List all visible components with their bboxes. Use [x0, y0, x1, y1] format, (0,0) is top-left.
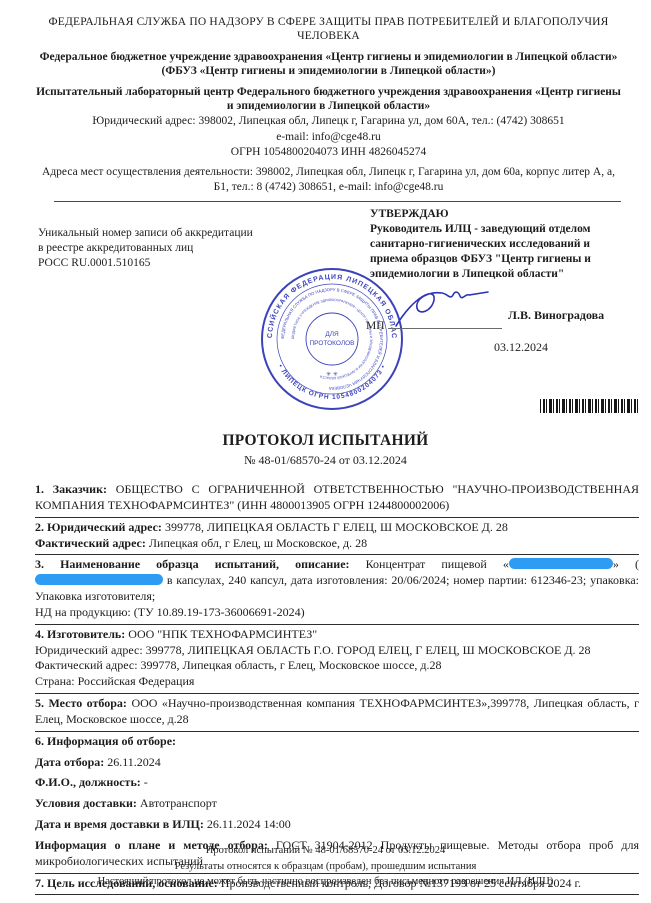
federal-service-name: ФЕДЕРАЛЬНАЯ СЛУЖБА ПО НАДЗОРУ В СФЕРЕ ЗА…: [34, 15, 623, 44]
mp-label: МП: [366, 320, 385, 332]
section-label: 4. Изготовитель:: [35, 627, 125, 641]
section-manufacturer: 4. Изготовитель: ООО "НПК ТЕХНОФАРМСИНТЕ…: [35, 625, 639, 694]
section-text: ООО "НПК ТЕХНОФАРМСИНТЕЗ": [128, 627, 317, 641]
page-footer: Протокол испытаний № 48-01/68570-24 от 0…: [0, 843, 651, 889]
stamp-center-line2: ПРОТОКОЛОВ: [309, 340, 354, 347]
section-text: Страна: Российская Федерация: [35, 674, 639, 690]
section-label: 3. Наименование образца испытаний, описа…: [35, 557, 350, 571]
footer-line: Протокол испытаний № 48-01/68570-24 от 0…: [0, 843, 651, 858]
protocol-title: ПРОТОКОЛ ИСПЫТАНИЙ: [0, 432, 651, 450]
nd-line: НД на продукцию: (ТУ 10.89.19-173-360066…: [35, 605, 639, 621]
section-label: 2. Юридический адрес:: [35, 520, 162, 534]
signer-name: Л.В. Виноградова: [508, 308, 604, 323]
protocol-document: ФЕДЕРАЛЬНАЯ СЛУЖБА ПО НАДЗОРУ В СФЕРЕ ЗА…: [0, 0, 651, 903]
field-label: Дата и время доставки в ИЛЦ:: [35, 817, 204, 831]
approval-title: УТВЕРЖДАЮ: [370, 207, 642, 222]
field-label: Дата отбора:: [35, 755, 104, 769]
accreditation-line: в реестре аккредитованных лиц: [38, 241, 253, 256]
barcode: [540, 399, 639, 413]
field-label: Ф.И.О., должность:: [35, 775, 141, 789]
approval-role-line: Руководитель ИЛЦ - заведующий отделом: [370, 222, 642, 237]
section-text: » (: [613, 557, 639, 571]
legal-address: Юридический адрес: 398002, Липецкая обл,…: [34, 114, 623, 128]
field-value: 26.11.2024: [107, 755, 161, 769]
protocol-number: № 48-01/68570-24 от 03.12.2024: [0, 453, 651, 468]
accreditation-number: РОСС RU.0001.510165: [38, 256, 253, 271]
email-line: e-mail: info@cge48.ru: [34, 130, 623, 144]
section-text: 399778, ЛИПЕЦКАЯ ОБЛАСТЬ Г ЕЛЕЦ, Ш МОСКО…: [165, 520, 508, 534]
section-label: 1. Заказчик:: [35, 482, 107, 496]
round-stamp-icon: РОССИЙСКАЯ ФЕДЕРАЦИЯ ЛИПЕЦКАЯ ОБЛАСТЬ • …: [257, 264, 407, 414]
section-customer: 1. Заказчик: ОБЩЕСТВО С ОГРАНИЧЕННОЙ ОТВ…: [35, 480, 639, 518]
field-value: -: [144, 775, 148, 789]
signature-icon: [392, 284, 512, 332]
stamp-stars: ✳ ✳: [326, 371, 338, 378]
lab-center-name: Испытательный лабораторный центр Федерал…: [34, 85, 623, 114]
stamp-center-line1: ДЛЯ: [325, 331, 339, 338]
redaction-pill: [509, 558, 613, 569]
signature-line: [388, 328, 502, 329]
field-value: Автотранспорт: [140, 796, 217, 810]
approval-zone: Уникальный номер записи об аккредитации …: [0, 202, 651, 426]
field-value: 26.11.2024 14:00: [207, 817, 291, 831]
approval-role-line: эпидемиологии в Липецкой области": [370, 267, 642, 282]
stamp-inner-ring-text: БЮДЖЕТНОЕ УЧРЕЖДЕНИЕ ЗДРАВООХРАНЕНИЯ • Ц…: [291, 298, 373, 380]
title-block: ПРОТОКОЛ ИСПЫТАНИЙ № 48-01/68570-24 от 0…: [0, 432, 651, 468]
svg-text:БЮДЖЕТНОЕ УЧРЕЖДЕНИЕ ЗДРАВООХР: БЮДЖЕТНОЕ УЧРЕЖДЕНИЕ ЗДРАВООХРАНЕНИЯ • Ц…: [291, 298, 373, 380]
accreditation-note: Уникальный номер записи об аккредитации …: [38, 226, 253, 271]
footer-line: Настоящий протокол не может быть частичн…: [0, 874, 651, 889]
footer-line: Результаты относятся к образцам (пробам)…: [0, 859, 651, 874]
section-text: Фактический адрес: 399778, Липецкая обла…: [35, 658, 639, 674]
document-header: ФЕДЕРАЛЬНАЯ СЛУЖБА ПО НАДЗОРУ В СФЕРЕ ЗА…: [0, 0, 651, 194]
organization-name: Федеральное бюджетное учреждение здравоо…: [34, 50, 623, 79]
redaction-pill: [35, 574, 163, 585]
section-sample: 3. Наименование образца испытаний, описа…: [35, 555, 639, 624]
section-sampling-place: 5. Место отбора: ООО «Научно-производств…: [35, 694, 639, 732]
section-text: Концентрат пищевой «: [366, 557, 509, 571]
section-text: Липецкая обл, г Елец, ш Московское, д. 2…: [149, 536, 367, 550]
accreditation-line: Уникальный номер записи об аккредитации: [38, 226, 253, 241]
ogrn-inn-line: ОГРН 1054800204073 ИНН 4826045274: [34, 145, 623, 159]
approval-date: 03.12.2024: [494, 340, 548, 355]
section-label: Фактический адрес:: [35, 536, 146, 550]
approval-role-line: санитарно-гигиенических исследований и: [370, 237, 642, 252]
section-legal-address: 2. Юридический адрес: 399778, ЛИПЕЦКАЯ О…: [35, 518, 639, 556]
section-label: 6. Информация об отборе:: [35, 734, 176, 748]
approval-role-line: приема образцов ФБУЗ "Центр гигиены и: [370, 252, 642, 267]
field-label: Условия доставки:: [35, 796, 137, 810]
protocol-sections: 1. Заказчик: ОБЩЕСТВО С ОГРАНИЧЕННОЙ ОТВ…: [35, 480, 639, 895]
approval-block: УТВЕРЖДАЮ Руководитель ИЛЦ - заведующий …: [370, 207, 642, 282]
section-text: Юридический адрес: 399778, ЛИПЕЦКАЯ ОБЛА…: [35, 643, 639, 659]
section-text: ОБЩЕСТВО С ОГРАНИЧЕННОЙ ОТВЕТСТВЕННОСТЬЮ…: [35, 482, 639, 512]
section-label: 5. Место отбора:: [35, 696, 127, 710]
activity-addresses: Адреса мест осуществления деятельности: …: [34, 165, 623, 194]
